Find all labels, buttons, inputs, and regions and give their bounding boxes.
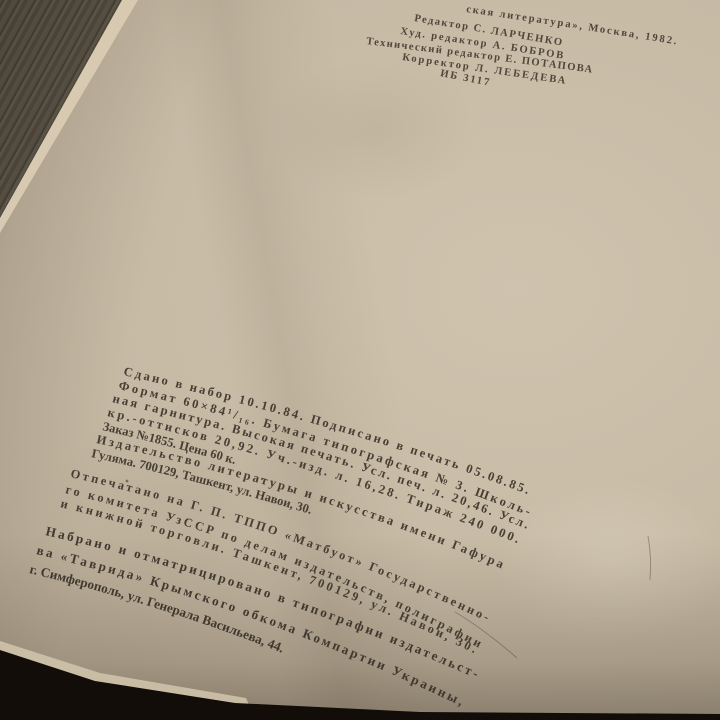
paper-fiber bbox=[648, 536, 651, 580]
imprint-line-text: ва «Таврида» Крымского обкома Компартии … bbox=[35, 542, 466, 708]
imprint-line-text: ная гарнитура. Высокая печать. Усл. печ.… bbox=[111, 391, 530, 531]
paper-speck bbox=[140, 524, 142, 526]
imprint-line: ва «Таврида» Крымского обкома Компартии … bbox=[35, 542, 466, 708]
page-text-layer: ская литература», Москва, 1982. Редактор… bbox=[0, 0, 720, 720]
book-page-photo: ская литература», Москва, 1982. Редактор… bbox=[0, 0, 720, 720]
imprint-line: ная гарнитура. Высокая печать. Усл. печ.… bbox=[111, 391, 530, 531]
paper-speck bbox=[126, 480, 129, 483]
paper-speck bbox=[261, 478, 263, 480]
